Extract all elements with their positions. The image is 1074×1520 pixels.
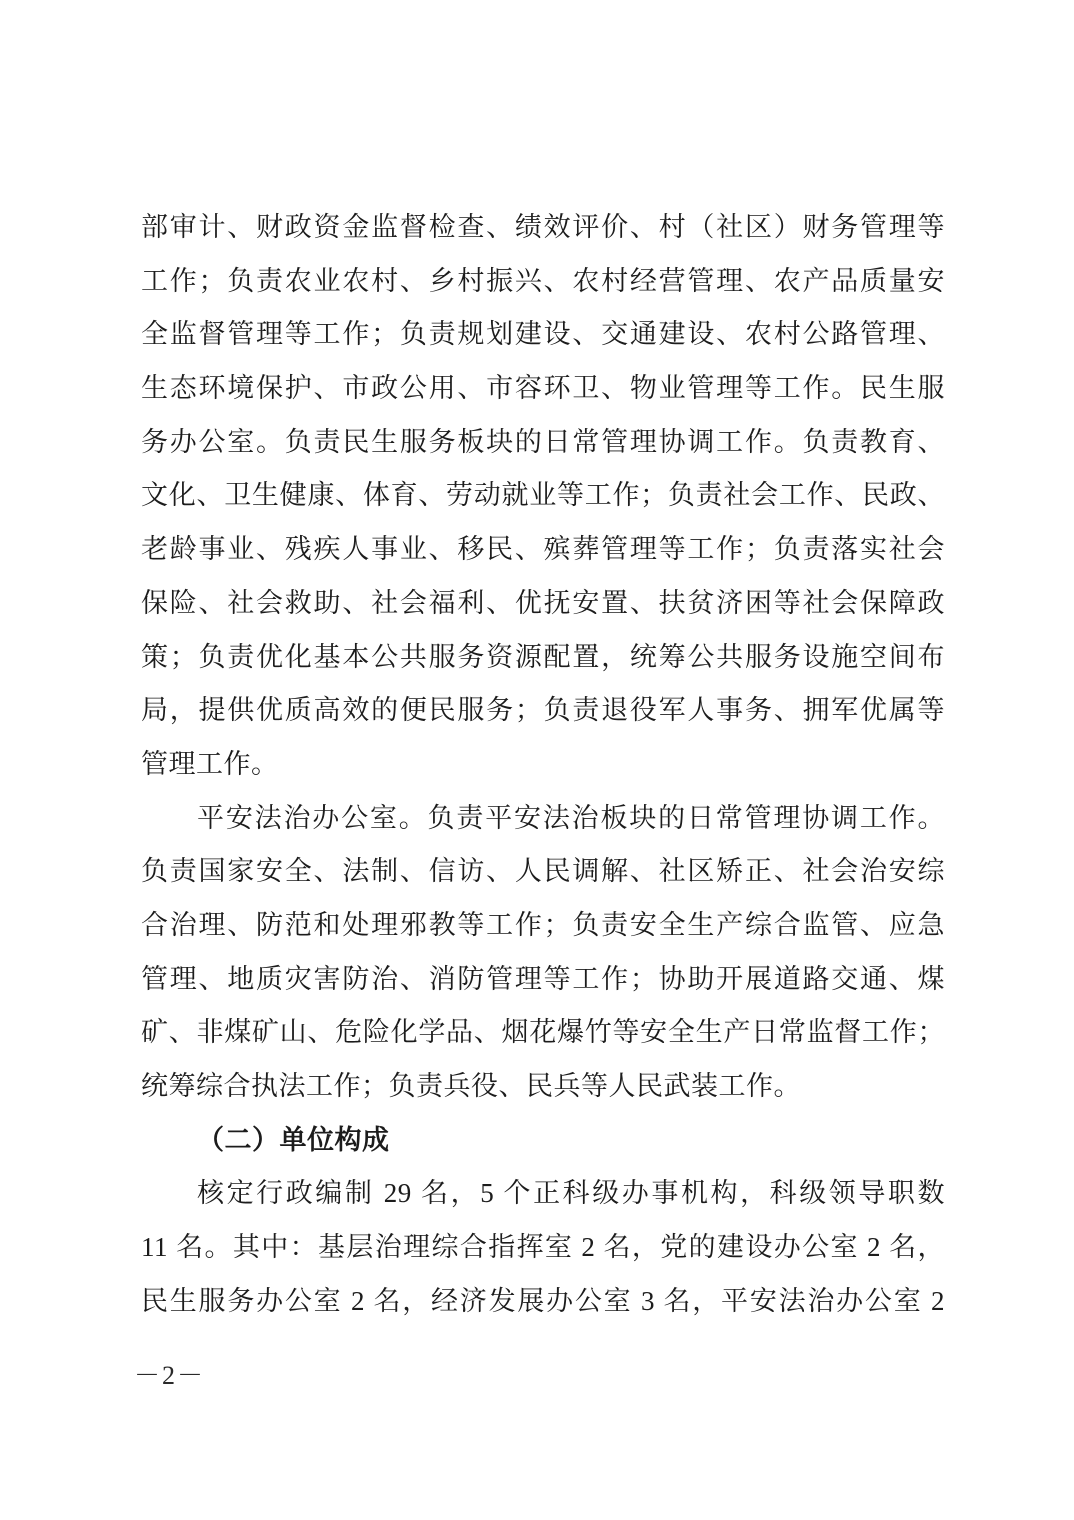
text-line: 统筹综合执法工作；负责兵役、民兵等人民武装工作。 [141,1060,945,1114]
text-line: 矿、非煤矿山、危险化学品、烟花爆竹等安全生产日常监督工作； [141,1006,945,1060]
text-line: 保险、社会救助、社会福利、优抚安置、扶贫济困等社会保障政 [141,577,945,631]
text-line: 文化、卫生健康、体育、劳动就业等工作；负责社会工作、民政、 [141,469,945,523]
document-page: 部审计、财政资金监督检查、绩效评价、村（社区）财务管理等 工作；负责农业农村、乡… [0,0,1074,1520]
section-heading: （二）单位构成 [141,1114,945,1168]
page-footer: －2－ [134,1356,205,1396]
text-line: 生态环境保护、市政公用、市容环卫、物业管理等工作。民生服 [141,362,945,416]
text-line: 11 名。其中：基层治理综合指挥室 2 名，党的建设办公室 2 名， [141,1221,945,1275]
text-line: 民生服务办公室 2 名，经济发展办公室 3 名，平安法治办公室 2 [141,1275,945,1329]
text-line: 局，提供优质高效的便民服务；负责退役军人事务、拥军优属等 [141,684,945,738]
text-line: 工作；负责农业农村、乡村振兴、农村经营管理、农产品质量安 [141,255,945,309]
text-line: 核定行政编制 29 名，5 个正科级办事机构，科级领导职数 [141,1167,945,1221]
text-line: 部审计、财政资金监督检查、绩效评价、村（社区）财务管理等 [141,201,945,255]
text-line: 务办公室。负责民生服务板块的日常管理协调工作。负责教育、 [141,416,945,470]
document-body: 部审计、财政资金监督检查、绩效评价、村（社区）财务管理等 工作；负责农业农村、乡… [141,201,945,1328]
text-line: 负责国家安全、法制、信访、人民调解、社区矫正、社会治安综 [141,845,945,899]
text-line: 老龄事业、残疾人事业、移民、殡葬管理等工作；负责落实社会 [141,523,945,577]
page-number: －2－ [134,1361,205,1390]
text-line: 管理工作。 [141,738,945,792]
text-line: 平安法治办公室。负责平安法治板块的日常管理协调工作。 [141,792,945,846]
text-line: 合治理、防范和处理邪教等工作；负责安全生产综合监管、应急 [141,899,945,953]
text-line: 管理、地质灾害防治、消防管理等工作；协助开展道路交通、煤 [141,953,945,1007]
text-line: 策；负责优化基本公共服务资源配置，统筹公共服务设施空间布 [141,631,945,685]
text-line: 全监督管理等工作；负责规划建设、交通建设、农村公路管理、 [141,308,945,362]
